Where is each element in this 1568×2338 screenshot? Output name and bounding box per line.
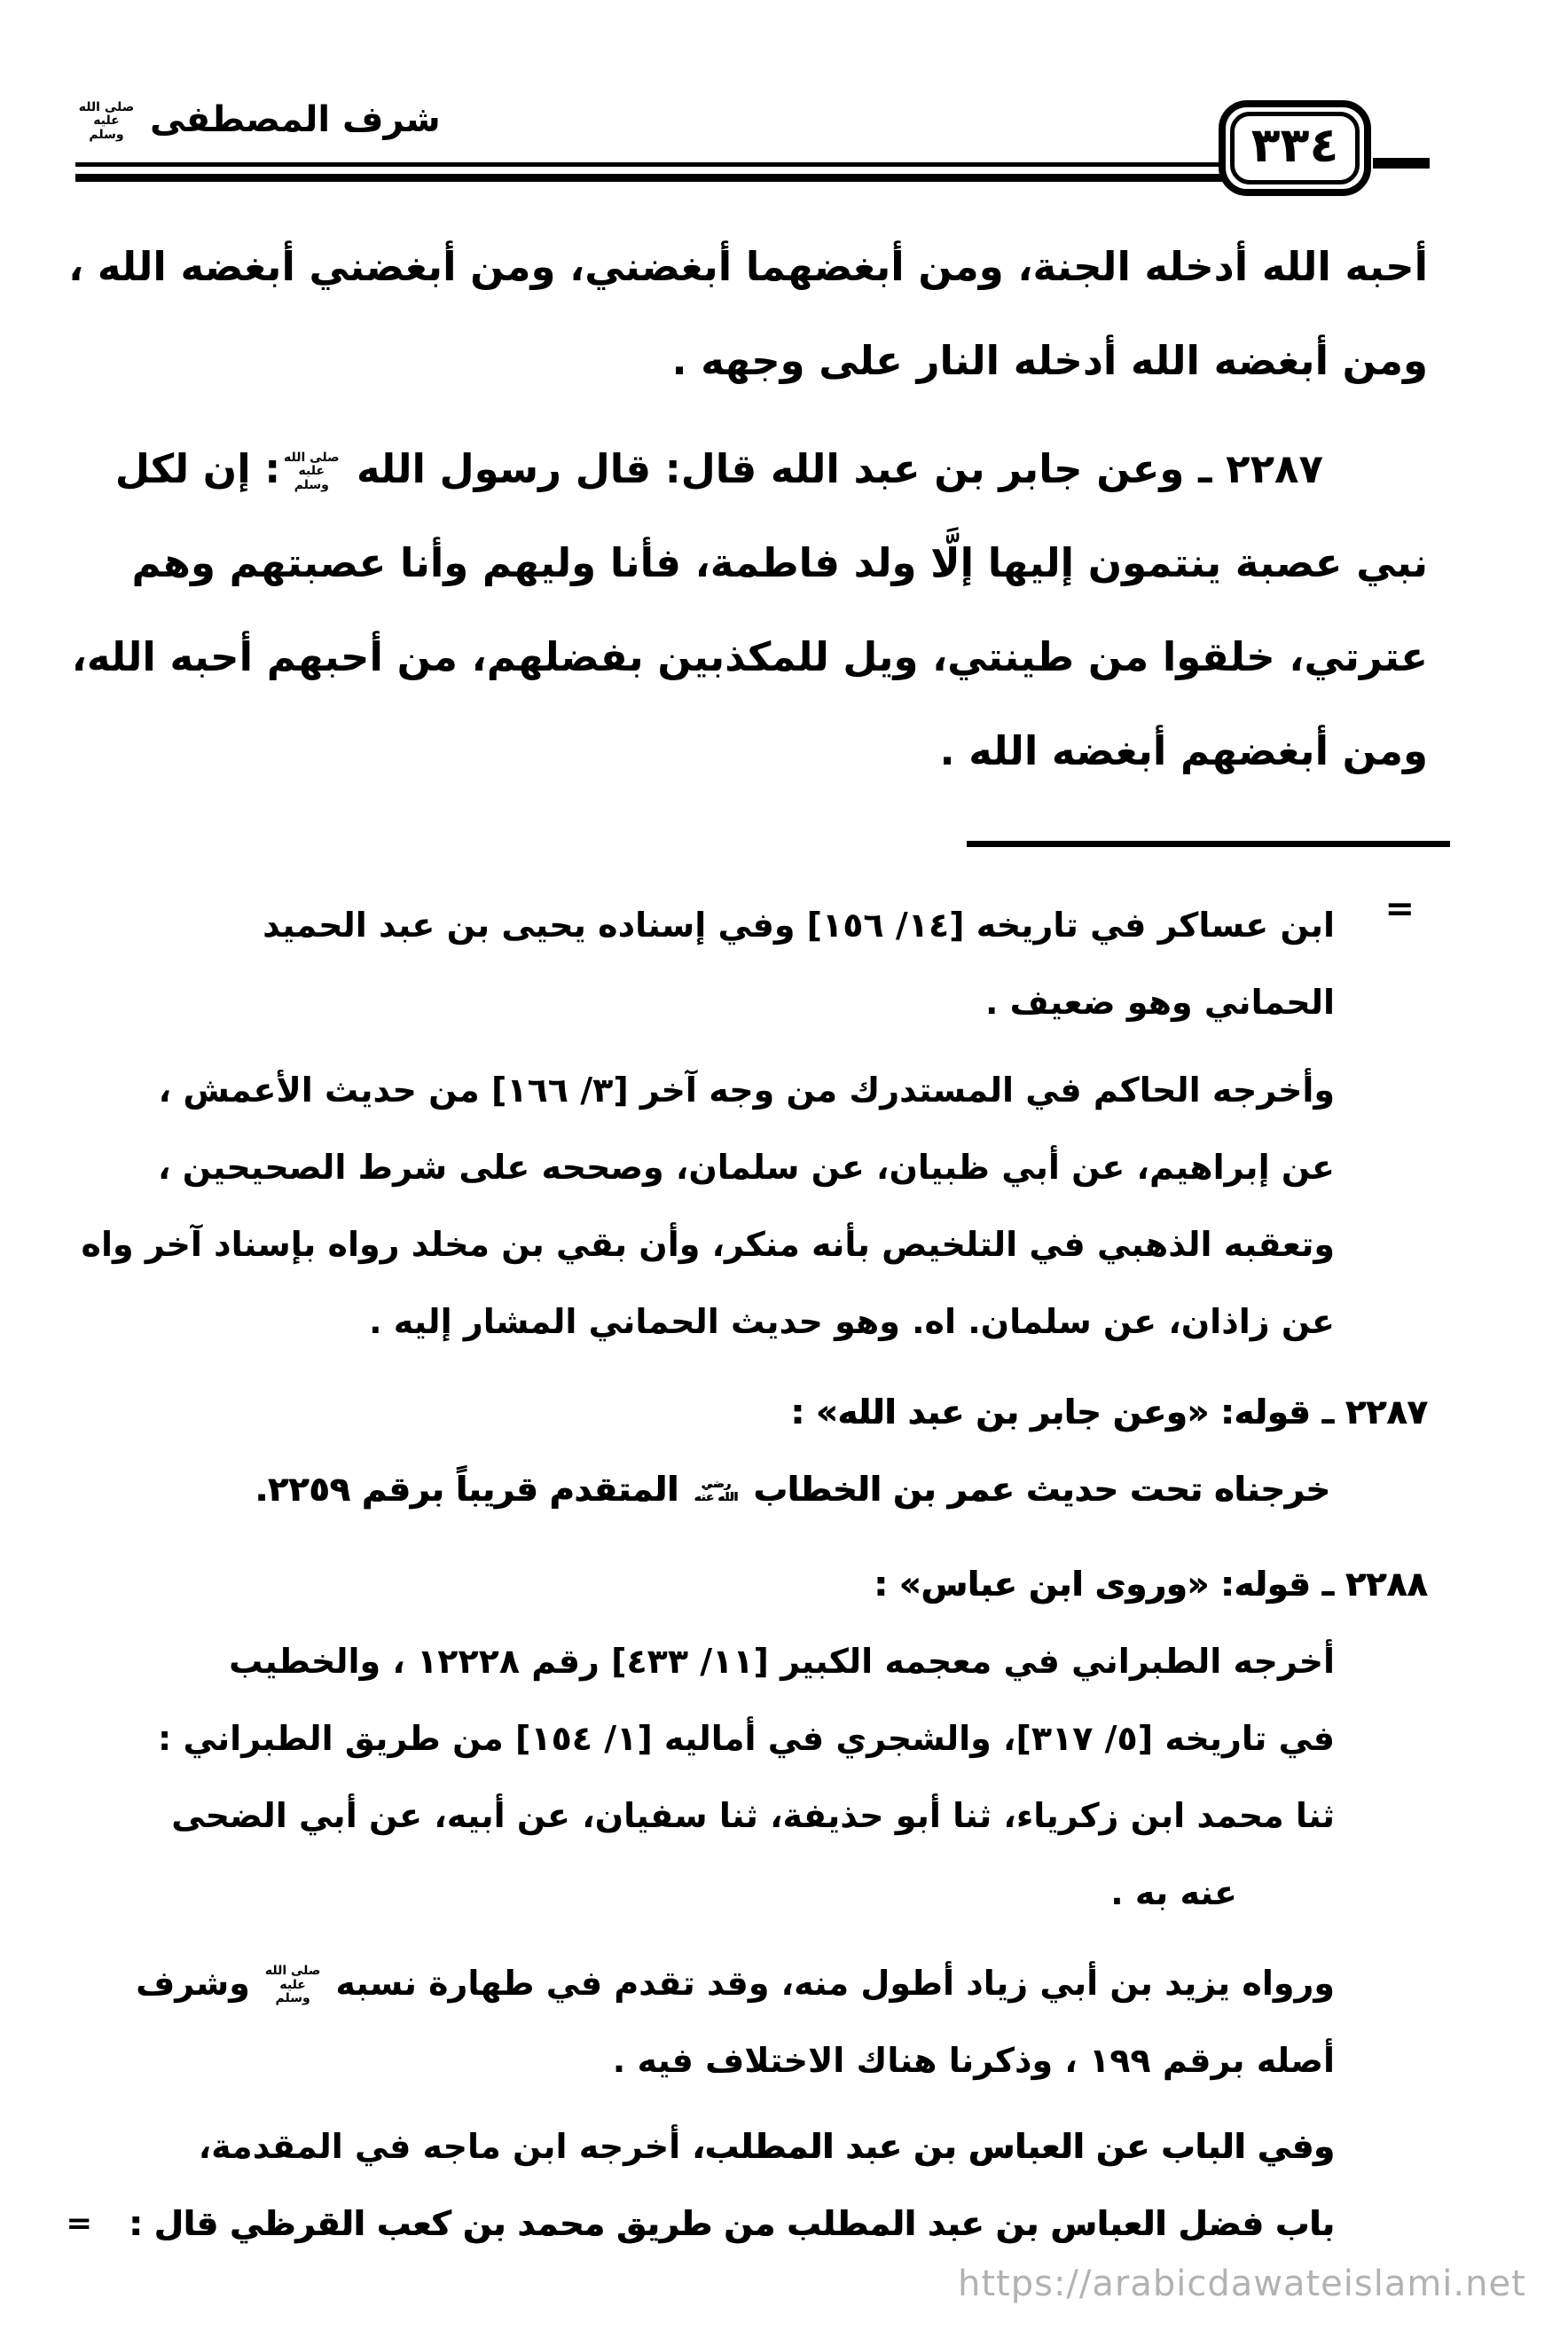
body-line: أحبه الله أدخله الجنة، ومن أبغضهما أبغضن… — [67, 220, 1428, 314]
footnote-line: ابن عساكر في تاريخه [١٤/ ١٥٦] وفي إسناده… — [67, 887, 1428, 964]
text-column: أحبه الله أدخله الجنة، ومن أبغضهما أبغضن… — [67, 220, 1428, 2263]
footnote-line: وأخرجه الحاكم في المستدرك من وجه آخر [٣/… — [67, 1052, 1428, 1129]
entry-2287-text-pre: خرجناه تحت حديث عمر بن الخطاب — [742, 1470, 1330, 1509]
page-number-box: ٣٣٤ — [1219, 100, 1371, 196]
body-line: ومن أبغضه الله أدخله النار على وجهه . — [67, 314, 1428, 408]
header-rule-top — [75, 162, 1222, 167]
body-line: ٢٢٨٧ ـ وعن جابر بن عبد الله قال: قال رسو… — [67, 422, 1428, 516]
footnote-line: أخرجه الطبراني في معجمه الكبير [١١/ ٤٣٣]… — [67, 1623, 1428, 1700]
saw-honorific-stamp: صلى الله عليه وسلم — [262, 1965, 324, 2005]
watermark-url: https://arabicdawateislami.net — [958, 2263, 1526, 2304]
body-line: نبي عصبة ينتمون إليها إلَّا ولد فاطمة، ف… — [67, 516, 1428, 610]
page-end-continuation-marker: = — [67, 2185, 92, 2263]
hadith-2287-text-pre: ٢٢٨٧ ـ وعن جابر بن عبد الله قال: قال رسو… — [342, 445, 1323, 492]
footnote-line: وفي الباب عن العباس بن عبد المطلب، أخرجه… — [67, 2108, 1428, 2185]
footnote-line: في تاريخه [٥/ ٣١٧]، والشجري في أماليه [١… — [67, 1700, 1428, 1777]
yazid-note-text-post: وشرف — [136, 1964, 262, 2003]
footnote-line: عن زاذان، عن سلمان. اه. وهو حديث الحماني… — [67, 1283, 1428, 1361]
footnote-line: باب فضل العباس بن عبد المطلب من طريق محم… — [67, 2185, 1428, 2263]
entry-2287-text-post: المتقدم قريباً برقم ٢٢٥٩. — [255, 1470, 691, 1509]
footnote-line: عنه به . — [67, 1855, 1428, 1932]
book-page: شرف المصطفى صلى الله عليه وسلم ٣٣٤ = أحب… — [0, 0, 1568, 2338]
hadith-2287-text-post: : إن لكل — [115, 445, 280, 492]
body-line: ومن أبغضهم أبغضه الله . — [67, 704, 1428, 798]
saw-honorific-stamp: صلى الله عليه وسلم — [280, 451, 342, 492]
running-title: شرف المصطفى صلى الله عليه وسلم — [75, 99, 441, 142]
page-number: ٣٣٤ — [1251, 122, 1339, 175]
footnote-line: خرجناه تحت حديث عمر بن الخطاب رضي الله ع… — [67, 1451, 1428, 1528]
footnote-line: عن إبراهيم، عن أبي ظبيان، عن سلمان، وصحح… — [67, 1129, 1428, 1206]
body-line: عترتي، خلقوا من طينتي، ويل للمكذبين بفضل… — [67, 610, 1428, 704]
bab-note-lead-rest: أخرجه ابن ماجه في المقدمة، — [199, 2127, 693, 2166]
footnote-line: ورواه يزيد بن أبي زياد أطول منه، وقد تقد… — [67, 1945, 1428, 2022]
footnote-line: أصله برقم ١٩٩ ، وذكرنا هناك الاختلاف فيه… — [67, 2022, 1428, 2099]
page-number-box-inner: ٣٣٤ — [1230, 112, 1360, 184]
yazid-note-text-pre: ورواه يزيد بن أبي زياد أطول منه، وقد تقد… — [324, 1964, 1335, 2003]
running-title-text: شرف المصطفى — [150, 99, 441, 140]
footnote-entry-header: ٢٢٨٨ ـ قوله: «وروى ابن عباس» : — [67, 1546, 1428, 1623]
header-rule-bottom — [75, 174, 1222, 182]
footnote-entry-header: ٢٢٨٧ ـ قوله: «وعن جابر بن عبد الله» : — [67, 1374, 1428, 1451]
header-rule-right-stub — [1373, 158, 1430, 169]
bab-note-lead-bold: وفي الباب عن العباس بن عبد المطلب، — [692, 2127, 1335, 2166]
footnote-line: وتعقبه الذهبي في التلخيص بأنه منكر، وأن … — [67, 1206, 1428, 1283]
bab-note-last-line: باب فضل العباس بن عبد المطلب من طريق محم… — [129, 2185, 1335, 2263]
radiallahu-anhu-stamp: رضي الله عنه — [691, 1479, 742, 1504]
footnote-line: الحماني وهو ضعيف . — [67, 964, 1428, 1041]
footnote-line: ثنا محمد ابن زكرياء، ثنا أبو حذيفة، ثنا … — [67, 1777, 1428, 1855]
saw-honorific-stamp: صلى الله عليه وسلم — [75, 101, 137, 142]
